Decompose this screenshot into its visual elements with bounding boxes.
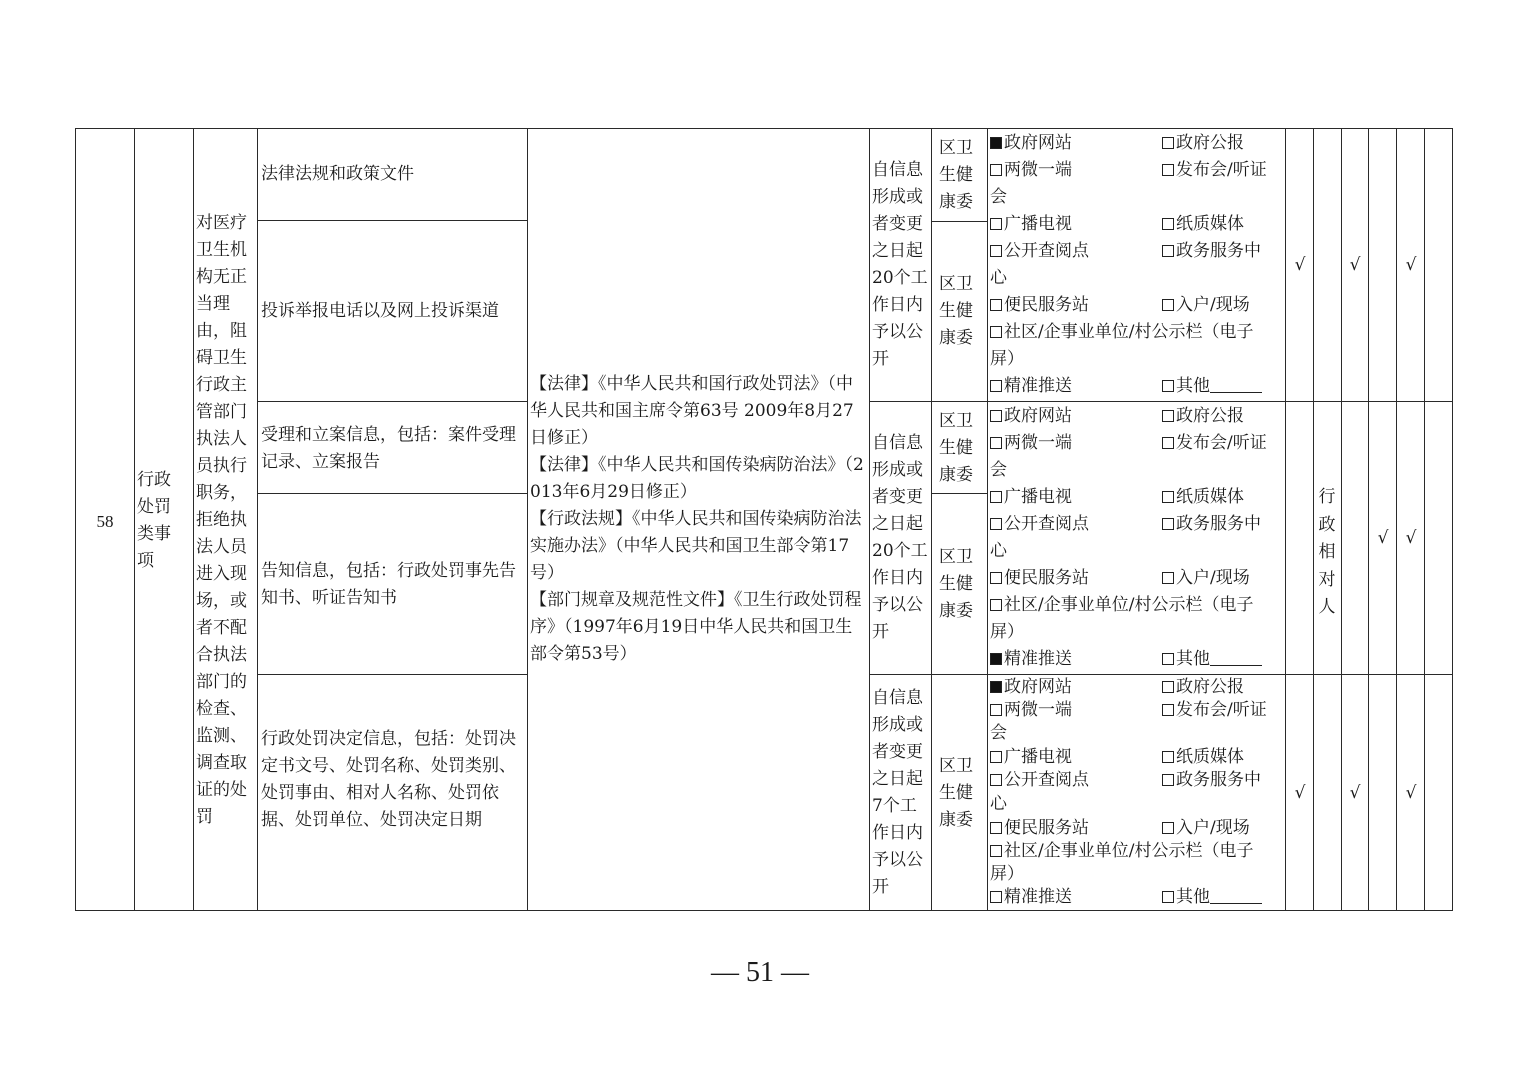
content-item: 受理和立案信息，包括：案件受理记录、立案报告 — [261, 422, 526, 476]
checkbox-icon[interactable] — [990, 437, 1002, 449]
content-item: 行政处罚决定信息，包括：处罚决定书文号、处罚名称、处罚类别、处罚事由、相对人名称… — [261, 726, 526, 834]
checkbox-icon[interactable] — [1162, 491, 1174, 503]
checkbox-checked-icon[interactable] — [990, 681, 1002, 693]
checkbox-icon[interactable] — [1162, 380, 1174, 392]
channel-group: 政府网站 政府公报 两微一端 发布会/听证 会 广播电视 纸质媒体 公开查阅点 … — [990, 403, 1285, 673]
checkbox-icon[interactable] — [1162, 774, 1174, 786]
checkbox-icon[interactable] — [990, 751, 1002, 763]
channel-other[interactable]: 其他 — [1162, 646, 1262, 673]
checkbox-checked-icon[interactable] — [990, 653, 1002, 665]
check-mark-icon: √ — [1341, 783, 1369, 803]
checkbox-icon[interactable] — [1162, 299, 1174, 311]
col-border — [869, 128, 870, 911]
checkbox-icon[interactable] — [990, 218, 1002, 230]
checkbox-icon[interactable] — [1162, 137, 1174, 149]
channel-convenience-station[interactable]: 便民服务站 — [990, 292, 1089, 319]
check-mark-icon: √ — [1341, 255, 1369, 275]
check-mark-icon: √ — [1286, 255, 1314, 275]
channel-convenience-station[interactable]: 便民服务站 — [990, 817, 1089, 841]
row-divider — [869, 674, 1453, 675]
checkbox-icon[interactable] — [1162, 245, 1174, 257]
channel-group: 政府网站 政府公报 两微一端 发布会/听证 会 广播电视 纸质媒体 公开查阅点 … — [990, 130, 1285, 400]
channel-gov-service-center[interactable]: 政务服务中 — [1162, 238, 1261, 265]
checkbox-icon[interactable] — [990, 774, 1002, 786]
checkbox-icon[interactable] — [1162, 218, 1174, 230]
checkbox-icon[interactable] — [990, 326, 1002, 338]
channel-paper-media[interactable]: 纸质媒体 — [1162, 211, 1244, 238]
checkbox-icon[interactable] — [1162, 822, 1174, 834]
checkbox-icon[interactable] — [1162, 891, 1174, 903]
blank-line — [1210, 378, 1262, 393]
channel-wrap: 会 — [990, 184, 1007, 211]
channel-gov-website[interactable]: 政府网站 — [990, 130, 1072, 157]
channel-radio-tv[interactable]: 广播电视 — [990, 211, 1072, 238]
blank-line — [1210, 651, 1262, 666]
table-bottom-border — [75, 910, 1453, 911]
channel-wrap: 会 — [990, 722, 1007, 746]
department: 区卫生健康委 — [939, 544, 983, 625]
channel-household-onsite[interactable]: 入户/现场 — [1162, 817, 1250, 841]
col-border — [257, 128, 258, 911]
check-mark-icon: √ — [1397, 783, 1425, 803]
page-number: — 51 — — [0, 957, 1520, 989]
channel-household-onsite[interactable]: 入户/现场 — [1162, 565, 1250, 592]
timeframe: 自信息形成或者变更之日起20个工作日内予以公开 — [872, 430, 930, 646]
col-border — [1452, 128, 1453, 911]
dept-divider — [931, 493, 988, 494]
channel-wrap: 心 — [990, 538, 1007, 565]
channel-gov-website[interactable]: 政府网站 — [990, 403, 1072, 430]
channel-wrap: 屏） — [990, 863, 1024, 887]
channel-paper-media[interactable]: 纸质媒体 — [1162, 484, 1244, 511]
item-name: 对医疗卫生机构无正当理由，阻碍卫生行政主管部门执法人员执行职务，拒绝执法人员进入… — [196, 210, 254, 831]
channel-public-reading-point[interactable]: 公开查阅点 — [990, 238, 1089, 265]
department: 区卫生健康委 — [939, 753, 983, 834]
check-mark-icon: √ — [1286, 783, 1314, 803]
channel-other[interactable]: 其他 — [1162, 886, 1262, 910]
row-divider — [257, 493, 528, 494]
channel-household-onsite[interactable]: 入户/现场 — [1162, 292, 1250, 319]
channel-wrap: 屏） — [990, 619, 1024, 646]
channel-precise-push[interactable]: 精准推送 — [990, 646, 1072, 673]
department: 区卫生健康委 — [939, 408, 983, 489]
channel-precise-push[interactable]: 精准推送 — [990, 373, 1072, 400]
col-border — [193, 128, 194, 911]
channel-two-wei-one-duan[interactable]: 两微一端 — [990, 430, 1072, 457]
content-item: 法律法规和政策文件 — [261, 161, 526, 188]
row-divider — [257, 220, 528, 221]
checkbox-icon[interactable] — [990, 518, 1002, 530]
channel-convenience-station[interactable]: 便民服务站 — [990, 565, 1089, 592]
channel-wrap: 心 — [990, 265, 1007, 292]
channel-public-reading-point[interactable]: 公开查阅点 — [990, 769, 1089, 793]
channel-two-wei-one-duan[interactable]: 两微一端 — [990, 157, 1072, 184]
item-category: 行政处罚类事项 — [137, 467, 177, 575]
channel-community-board[interactable]: 社区/企事业单位/村公示栏（电子 — [990, 840, 1253, 864]
channel-group: 政府网站 政府公报 两微一端 发布会/听证 会 广播电视 纸质媒体 公开查阅点 … — [990, 676, 1285, 910]
checkbox-checked-icon[interactable] — [990, 137, 1002, 149]
channel-gov-service-center[interactable]: 政务服务中 — [1162, 769, 1261, 793]
scope-text: 行政相对人 — [1313, 484, 1341, 622]
channel-radio-tv[interactable]: 广播电视 — [990, 746, 1072, 770]
checkbox-icon[interactable] — [1162, 164, 1174, 176]
row-divider — [869, 401, 1453, 402]
checkbox-icon[interactable] — [990, 410, 1002, 422]
checkbox-icon[interactable] — [1162, 572, 1174, 584]
channel-community-board[interactable]: 社区/企事业单位/村公示栏（电子 — [990, 319, 1253, 346]
timeframe: 自信息形成或者变更之日起20个工作日内予以公开 — [872, 157, 930, 373]
basis-item: 【法律】《中华人民共和国行政处罚法》（中华人民共和国主席令第63号 2009年8… — [530, 371, 868, 452]
checkbox-icon[interactable] — [990, 599, 1002, 611]
row-divider — [257, 401, 528, 402]
department: 区卫生健康委 — [939, 271, 983, 352]
checkbox-icon[interactable] — [990, 845, 1002, 857]
checkbox-icon[interactable] — [1162, 653, 1174, 665]
checkbox-icon[interactable] — [990, 572, 1002, 584]
channel-community-board[interactable]: 社区/企事业单位/村公示栏（电子 — [990, 592, 1253, 619]
channel-gov-gazette[interactable]: 政府公报 — [1162, 130, 1244, 157]
row-divider — [257, 674, 528, 675]
channel-wrap: 会 — [990, 457, 1007, 484]
checkbox-icon[interactable] — [1162, 437, 1174, 449]
channel-other[interactable]: 其他 — [1162, 373, 1262, 400]
check-mark-icon: √ — [1397, 255, 1425, 275]
check-mark-icon: √ — [1369, 528, 1397, 548]
channel-wrap: 屏） — [990, 346, 1024, 373]
col-border — [527, 128, 528, 911]
checkbox-icon[interactable] — [1162, 410, 1174, 422]
content-item: 告知信息，包括：行政处罚事先告知书、听证告知书 — [261, 558, 526, 612]
col-border — [931, 128, 932, 911]
channel-gov-gazette[interactable]: 政府公报 — [1162, 676, 1244, 700]
checkbox-icon[interactable] — [990, 704, 1002, 716]
checkbox-icon[interactable] — [990, 380, 1002, 392]
col-border — [987, 128, 988, 911]
department: 区卫生健康委 — [939, 135, 983, 216]
blank-line — [1210, 889, 1262, 904]
channel-gov-website[interactable]: 政府网站 — [990, 676, 1072, 700]
checkbox-icon[interactable] — [1162, 751, 1174, 763]
checkbox-icon[interactable] — [990, 491, 1002, 503]
checkbox-icon[interactable] — [990, 245, 1002, 257]
checkbox-icon[interactable] — [990, 822, 1002, 834]
channel-press-conference[interactable]: 发布会/听证 — [1162, 699, 1267, 723]
basis-item: 【部门规章及规范性文件】《卫生行政处罚程序》（1997年6月19日中华人民共和国… — [530, 587, 868, 668]
checkbox-icon[interactable] — [990, 299, 1002, 311]
content-item: 投诉举报电话以及网上投诉渠道 — [261, 298, 526, 325]
channel-wrap: 心 — [990, 793, 1007, 817]
basis-item: 【法律】《中华人民共和国传染病防治法》（2013年6月29日修正） — [530, 452, 868, 506]
checkbox-icon[interactable] — [990, 164, 1002, 176]
basis-item: 【行政法规】《中华人民共和国传染病防治法实施办法》（中华人民共和国卫生部令第17… — [530, 506, 868, 587]
dept-divider — [931, 221, 988, 222]
channel-gov-gazette[interactable]: 政府公报 — [1162, 403, 1244, 430]
row-number: 58 — [75, 508, 135, 535]
checkbox-icon[interactable] — [1162, 681, 1174, 693]
table-top-border — [75, 128, 1453, 129]
channel-press-conference[interactable]: 发布会/听证 — [1162, 157, 1267, 184]
channel-gov-service-center[interactable]: 政务服务中 — [1162, 511, 1261, 538]
checkbox-icon[interactable] — [990, 891, 1002, 903]
channel-radio-tv[interactable]: 广播电视 — [990, 484, 1072, 511]
channel-paper-media[interactable]: 纸质媒体 — [1162, 746, 1244, 770]
legal-basis: 【法律】《中华人民共和国行政处罚法》（中华人民共和国主席令第63号 2009年8… — [530, 371, 868, 668]
channel-public-reading-point[interactable]: 公开查阅点 — [990, 511, 1089, 538]
checkbox-icon[interactable] — [1162, 704, 1174, 716]
timeframe: 自信息形成或者变更之日起7个工作日内予以公开 — [872, 685, 930, 901]
checkbox-icon[interactable] — [1162, 518, 1174, 530]
channel-precise-push[interactable]: 精准推送 — [990, 886, 1072, 910]
check-mark-icon: √ — [1397, 528, 1425, 548]
channel-press-conference[interactable]: 发布会/听证 — [1162, 430, 1267, 457]
channel-two-wei-one-duan[interactable]: 两微一端 — [990, 699, 1072, 723]
